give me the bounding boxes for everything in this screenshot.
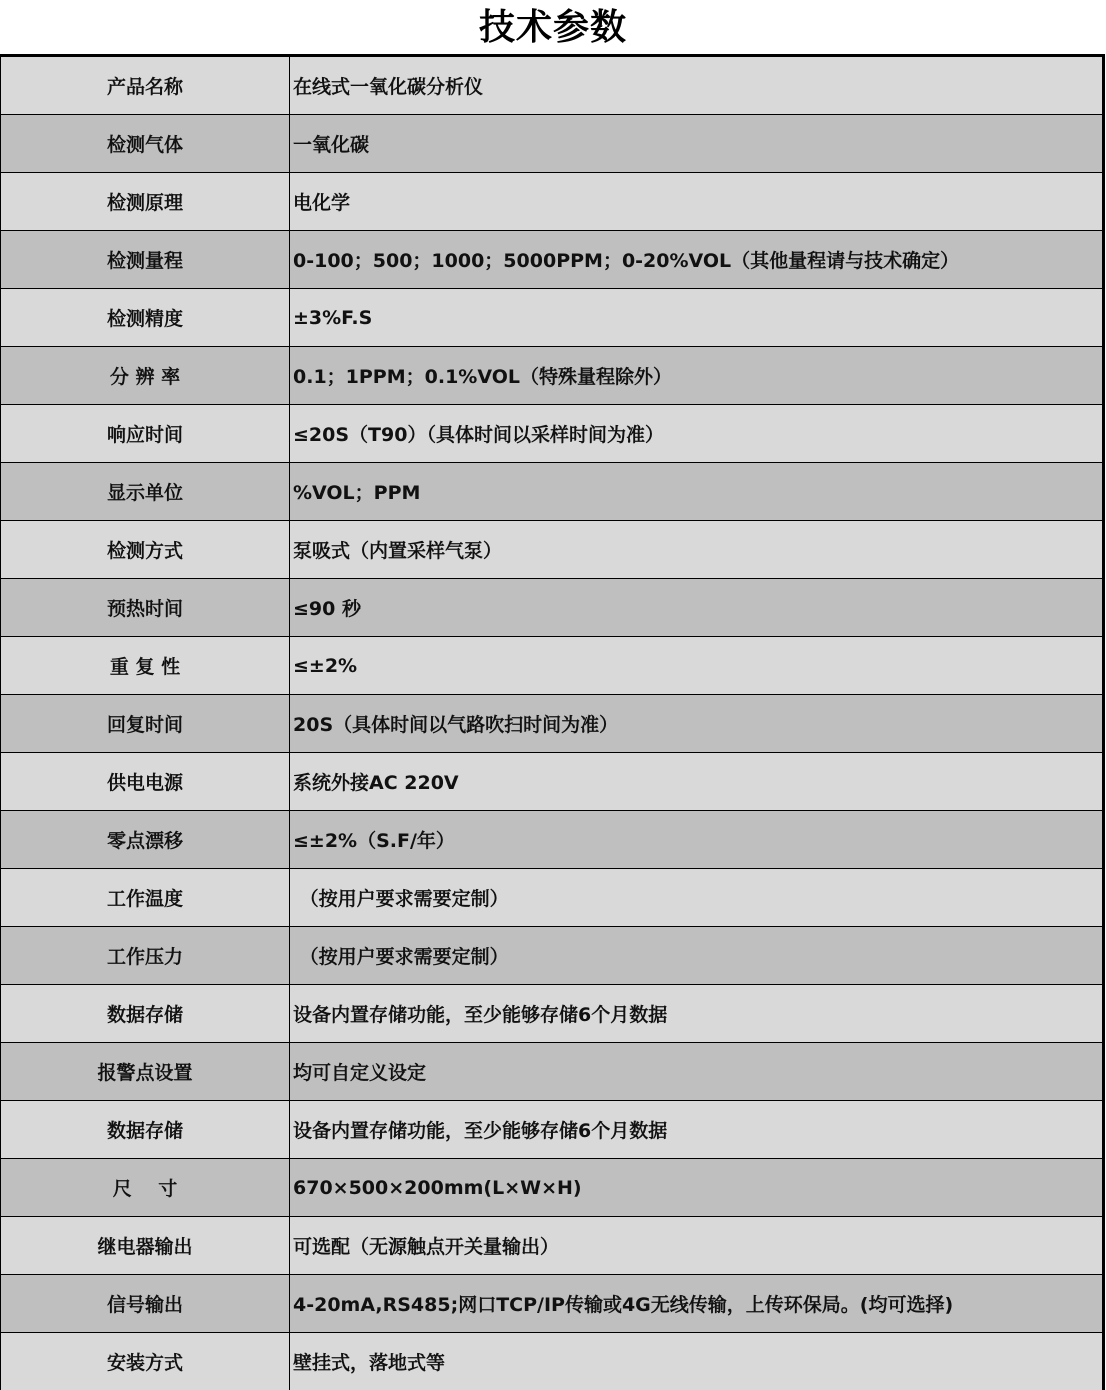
row-value: 电化学 [290,173,1104,231]
row-value: ≤90 秒 [290,579,1104,637]
row-value: 系统外接AC 220V [290,753,1104,811]
row-value: （按用户要求需要定制） [290,869,1104,927]
row-label: 回复时间 [1,695,290,753]
row-value: 壁挂式，落地式等 [290,1333,1104,1390]
row-label: 分 辨 率 [1,347,290,405]
table-row: 工作压力 （按用户要求需要定制） [1,927,1104,985]
row-label: 产品名称 [1,56,290,115]
row-value: 一氧化碳 [290,115,1104,173]
row-value: 设备内置存储功能，至少能够存储6个月数据 [290,985,1104,1043]
row-value: 设备内置存储功能，至少能够存储6个月数据 [290,1101,1104,1159]
table-row: 产品名称在线式一氧化碳分析仪 [1,56,1104,115]
row-label: 数据存储 [1,1101,290,1159]
row-label: 检测精度 [1,289,290,347]
row-value: 4-20mA,RS485;网口TCP/IP传输或4G无线传输，上传环保局。(均可… [290,1275,1104,1333]
row-value: 可选配（无源触点开关量输出） [290,1217,1104,1275]
row-value: 0-100；500；1000；5000PPM；0-20%VOL（其他量程请与技术… [290,231,1104,289]
table-row: 分 辨 率0.1；1PPM；0.1%VOL（特殊量程除外） [1,347,1104,405]
row-value: 泵吸式（内置采样气泵） [290,521,1104,579]
row-label: 显示单位 [1,463,290,521]
table-row: 检测原理电化学 [1,173,1104,231]
table-row: 检测气体一氧化碳 [1,115,1104,173]
row-value: 670×500×200mm(L×W×H) [290,1159,1104,1217]
table-row: 检测方式泵吸式（内置采样气泵） [1,521,1104,579]
row-label: 预热时间 [1,579,290,637]
table-row: 显示单位%VOL；PPM [1,463,1104,521]
table-row: 检测量程0-100；500；1000；5000PPM；0-20%VOL（其他量程… [1,231,1104,289]
row-label: 报警点设置 [1,1043,290,1101]
row-label: 检测方式 [1,521,290,579]
table-row: 尺 寸670×500×200mm(L×W×H) [1,1159,1104,1217]
row-value: ≤±2%（S.F/年） [290,811,1104,869]
row-value: ±3%F.S [290,289,1104,347]
row-label: 检测气体 [1,115,290,173]
table-row: 回复时间20S（具体时间以气路吹扫时间为准） [1,695,1104,753]
row-value: ≤20S（T90）（具体时间以采样时间为准） [290,405,1104,463]
row-label: 检测量程 [1,231,290,289]
row-label: 供电电源 [1,753,290,811]
row-value: 20S（具体时间以气路吹扫时间为准） [290,695,1104,753]
row-value: 0.1；1PPM；0.1%VOL（特殊量程除外） [290,347,1104,405]
row-label: 安装方式 [1,1333,290,1390]
row-value: （按用户要求需要定制） [290,927,1104,985]
row-label: 零点漂移 [1,811,290,869]
row-value: 均可自定义设定 [290,1043,1104,1101]
row-label: 信号输出 [1,1275,290,1333]
row-label: 重 复 性 [1,637,290,695]
row-value: %VOL；PPM [290,463,1104,521]
table-row: 响应时间≤20S（T90）（具体时间以采样时间为准） [1,405,1104,463]
table-row: 工作温度 （按用户要求需要定制） [1,869,1104,927]
table-row: 重 复 性≤±2% [1,637,1104,695]
row-label: 检测原理 [1,173,290,231]
row-label: 响应时间 [1,405,290,463]
table-row: 信号输出4-20mA,RS485;网口TCP/IP传输或4G无线传输，上传环保局… [1,1275,1104,1333]
table-row: 安装方式壁挂式，落地式等 [1,1333,1104,1390]
table-row: 供电电源系统外接AC 220V [1,753,1104,811]
table-row: 数据存储设备内置存储功能，至少能够存储6个月数据 [1,985,1104,1043]
table-row: 继电器输出可选配（无源触点开关量输出） [1,1217,1104,1275]
table-row: 零点漂移≤±2%（S.F/年） [1,811,1104,869]
row-label: 尺 寸 [1,1159,290,1217]
row-label: 数据存储 [1,985,290,1043]
spec-table: 产品名称在线式一氧化碳分析仪 检测气体一氧化碳 检测原理电化学 检测量程0-10… [0,54,1105,1390]
row-value: 在线式一氧化碳分析仪 [290,56,1104,115]
page-title: 技术参数 [0,0,1106,55]
table-row: 检测精度±3%F.S [1,289,1104,347]
table-row: 预热时间≤90 秒 [1,579,1104,637]
row-label: 工作温度 [1,869,290,927]
row-label: 继电器输出 [1,1217,290,1275]
table-row: 报警点设置均可自定义设定 [1,1043,1104,1101]
row-label: 工作压力 [1,927,290,985]
row-value: ≤±2% [290,637,1104,695]
table-row: 数据存储设备内置存储功能，至少能够存储6个月数据 [1,1101,1104,1159]
